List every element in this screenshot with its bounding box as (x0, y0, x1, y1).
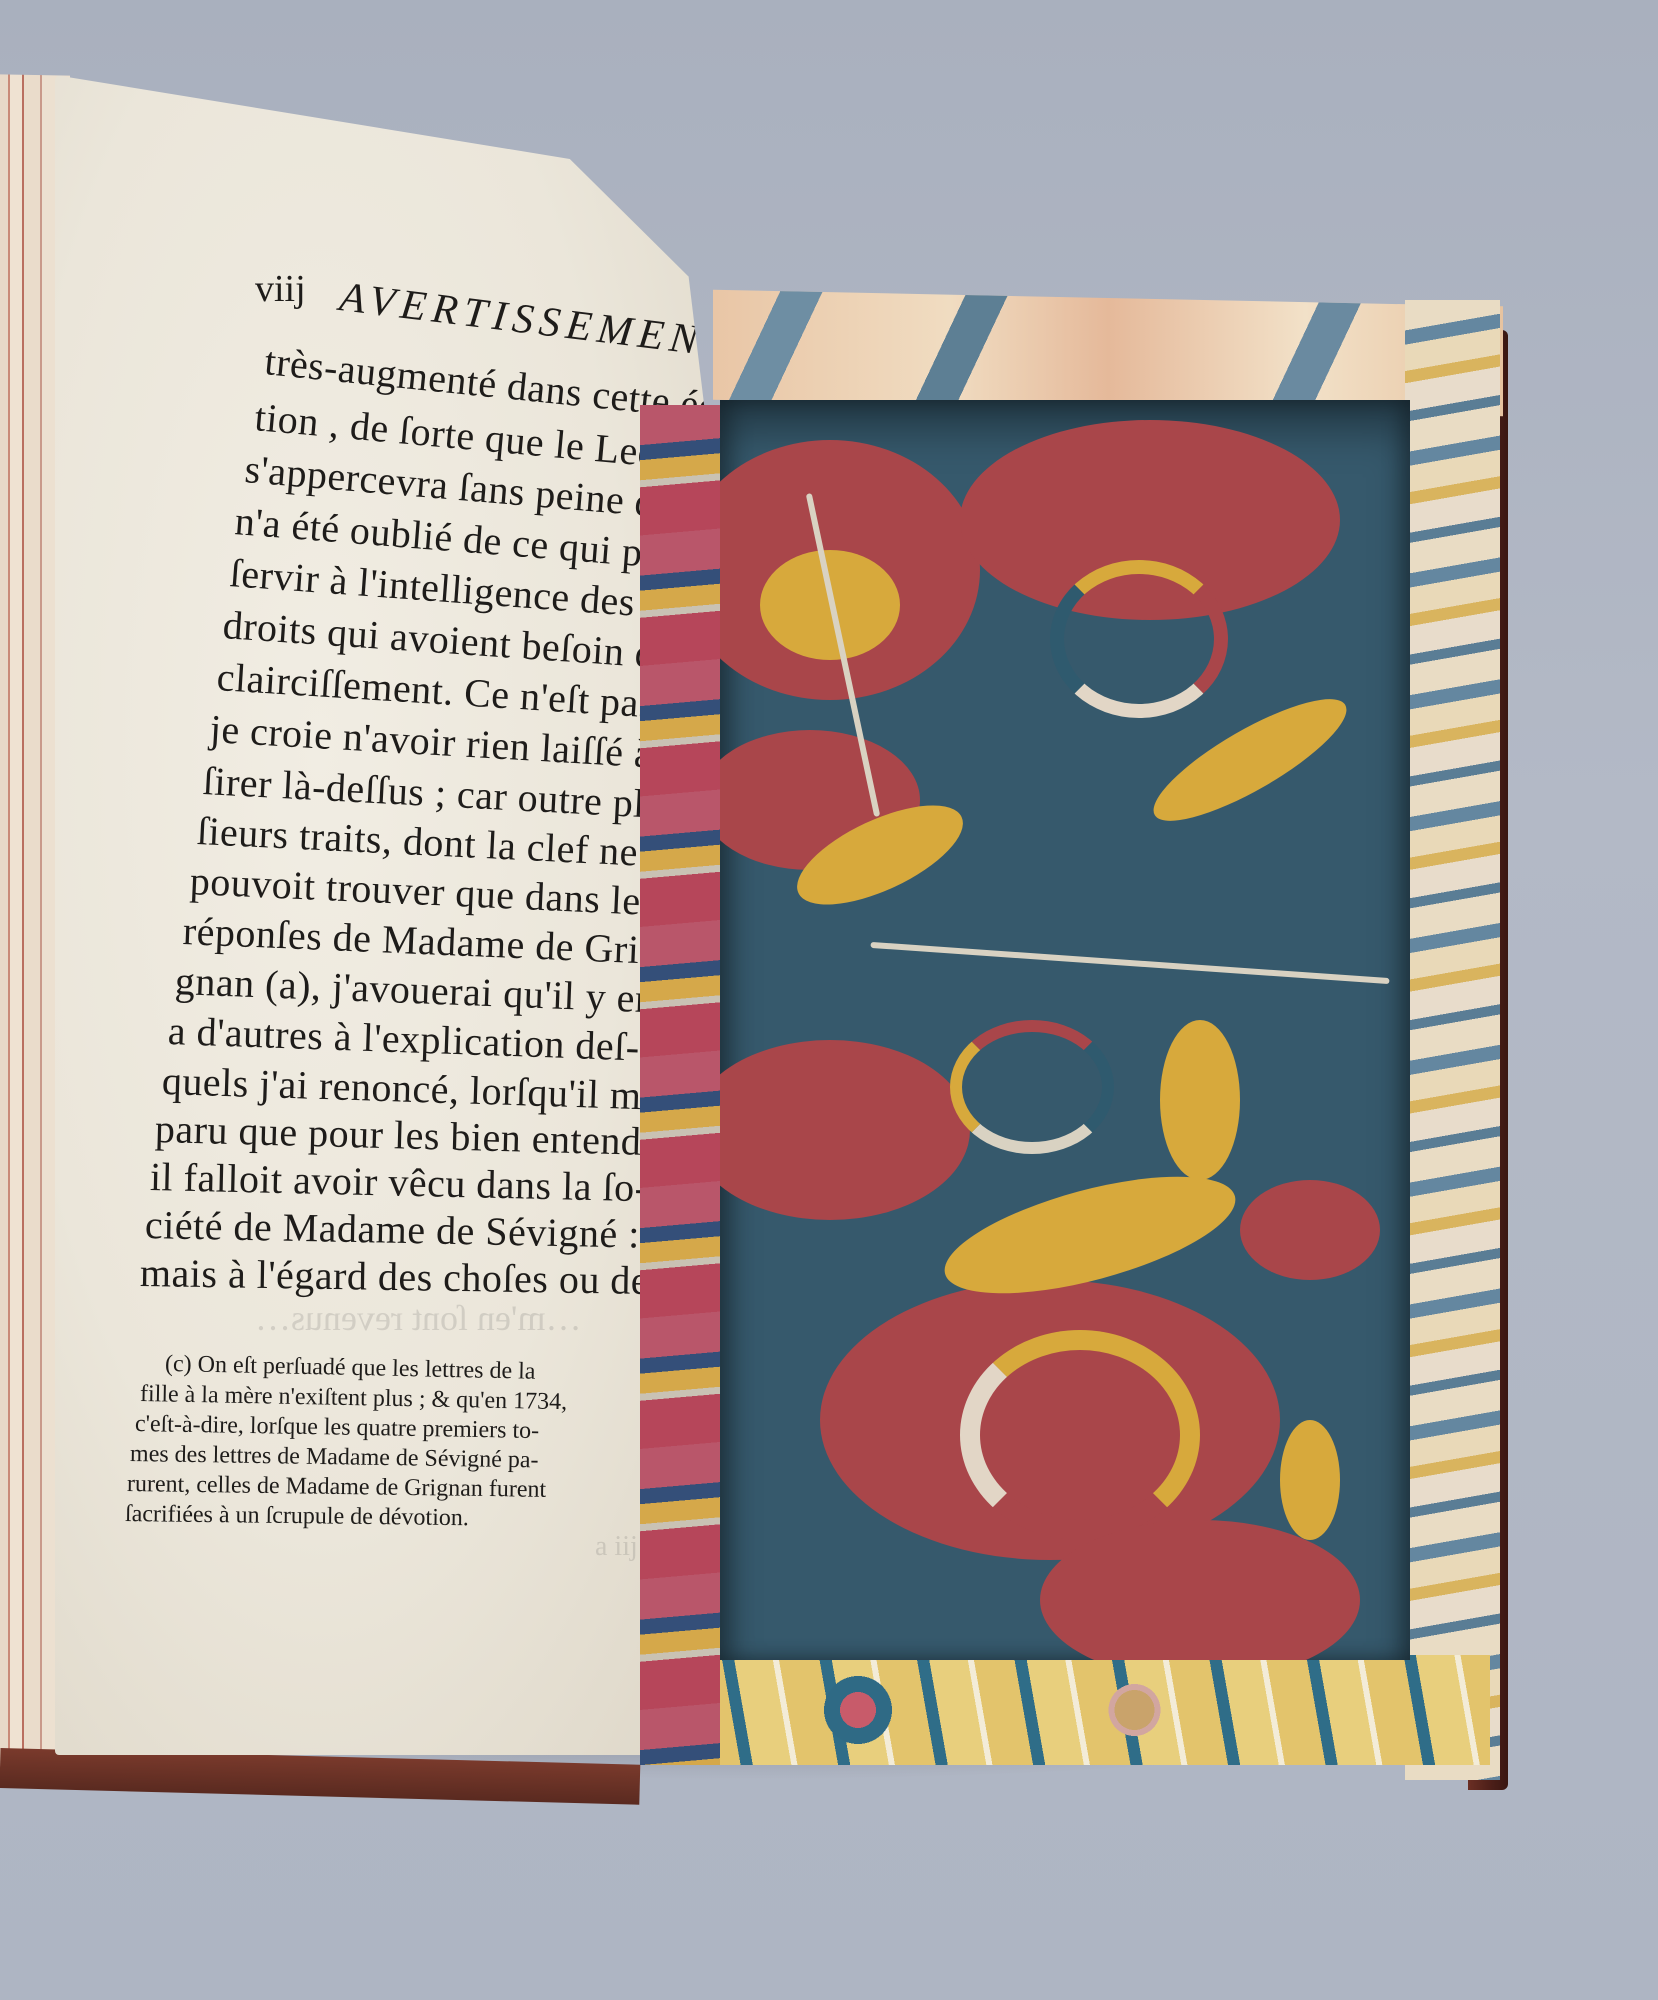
hollow-compartment[interactable] (720, 400, 1410, 1660)
marbled-rim-right (1405, 300, 1500, 1780)
marble-yellow-swirl (1280, 1420, 1340, 1540)
marbled-rim-bottom (700, 1655, 1490, 1765)
footnote-line: fille à la mère n'exiſtent plus ; & qu'e… (140, 1381, 568, 1416)
marbled-rim-top (713, 290, 1503, 417)
page-text-block: viij AVERTISSEMENT très-augmenté dans ce… (55, 75, 715, 1755)
marble-spiral (950, 1020, 1114, 1154)
marbled-rim-left (640, 405, 720, 1765)
body-line: ciété de Madame de Sévigné : (145, 1201, 641, 1257)
footnote-line: (c) On eſt perſuadé que les lettres de l… (165, 1351, 536, 1386)
marble-spiral (1050, 560, 1228, 718)
footnote-line: c'eſt-à-dire, lorſque les quatre premier… (135, 1411, 540, 1445)
marble-yellow-swirl (1160, 1020, 1240, 1180)
bleed-through-text: …m'en ſont revenus… (255, 1297, 581, 1339)
footnote-line: ſacrifiées à un ſcrupule de dévotion. (125, 1501, 469, 1532)
left-page: viij AVERTISSEMENT très-augmenté dans ce… (55, 75, 715, 1755)
marble-spiral (960, 1330, 1200, 1540)
page-number: viij (255, 267, 306, 311)
marble-vein (870, 942, 1389, 984)
footnote-line: rurent, celles de Madame de Grignan fure… (127, 1471, 546, 1504)
body-line: mais à l'égard des choſes ou des (140, 1249, 666, 1304)
marble-red-swirl (720, 1040, 970, 1220)
footnote-line: mes des lettres de Madame de Sévigné pa- (130, 1441, 539, 1474)
marble-red-swirl (1240, 1180, 1380, 1280)
signature-mark-bleed: a iij (595, 1531, 638, 1563)
